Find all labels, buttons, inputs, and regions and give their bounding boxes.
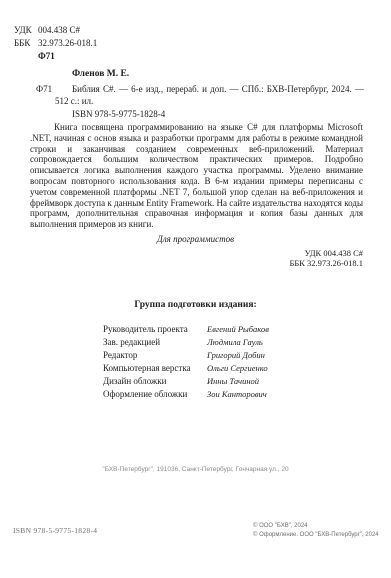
author-code: Ф71 [38,50,55,63]
team-role: Дизайн обложки [103,375,207,388]
team-name: Ольги Сергиенко [207,362,268,375]
team-role: Руководитель проекта [103,323,207,336]
publisher-address: "БХВ-Петербург", 191036, Санкт-Петербург… [0,466,391,473]
bbk-value: 32.973.26-018.1 [38,37,97,50]
bbk-label: ББК [14,37,38,50]
bib-entry-code: Ф71 [36,84,52,94]
team-name: Зои Канторович [207,388,267,401]
copyright-line: © ООО "БХВ", 2024 [253,522,379,531]
copyright-line: © Оформление. ООО "БХВ-Петербург", 2024 [253,531,379,540]
author-name: Фленов М. Е. [72,69,129,79]
team-row: Руководитель проекта Евгений Рыбаков [103,323,269,336]
team-row: Компьютерная верстка Ольги Сергиенко [103,362,269,375]
team-row: Дизайн обложки Инны Тачиной [103,375,269,388]
classification-block-top: УДК 004.438 С# ББК 32.973.26-018.1 Ф71 [14,24,97,63]
team-name: Евгений Рыбаков [207,323,269,336]
bbk-row: ББК 32.973.26-018.1 [14,37,97,50]
team-role: Оформление обложки [103,388,207,401]
book-imprint-page: УДК 004.438 С# ББК 32.973.26-018.1 Ф71 Ф… [0,0,391,578]
team-row: Зав. редакцией Людмила Гауль [103,336,269,349]
udk-right-value: УДК 004.438 С# [289,248,363,258]
team-row: Редактор Григорий Добин [103,349,269,362]
team-role: Компьютерная верстка [103,362,207,375]
audience-note: Для программистов [0,234,391,244]
author-code-spacer [14,50,38,63]
team-role: Редактор [103,349,207,362]
team-heading: Группа подготовки издания: [0,300,391,310]
team-role: Зав. редакцией [103,336,207,349]
isbn-top: ISBN 978-5-9775-1828-4 [72,109,165,119]
team-name: Инны Тачиной [207,375,259,388]
isbn-bottom: ISBN 978-5-9775-1828-4 [13,526,97,535]
bbk-right-value: ББК 32.973.26-018.1 [289,258,363,268]
team-name: Григорий Добин [207,349,265,362]
bib-entry-text: Библия C#. — 6-е изд., перераб. и доп. —… [55,84,364,108]
classification-block-right: УДК 004.438 С# ББК 32.973.26-018.1 [289,248,363,268]
team-table: Руководитель проекта Евгений Рыбаков Зав… [103,323,269,401]
annotation-paragraph: Книга посвящена программированию на язык… [30,122,363,230]
udk-value: 004.438 С# [38,24,80,37]
author-code-row: Ф71 [14,50,97,63]
udk-row: УДК 004.438 С# [14,24,97,37]
team-name: Людмила Гауль [207,336,263,349]
team-row: Оформление обложки Зои Канторович [103,388,269,401]
udk-label: УДК [14,24,38,37]
copyright-block: © ООО "БХВ", 2024 © Оформление. ООО "БХВ… [253,522,379,539]
